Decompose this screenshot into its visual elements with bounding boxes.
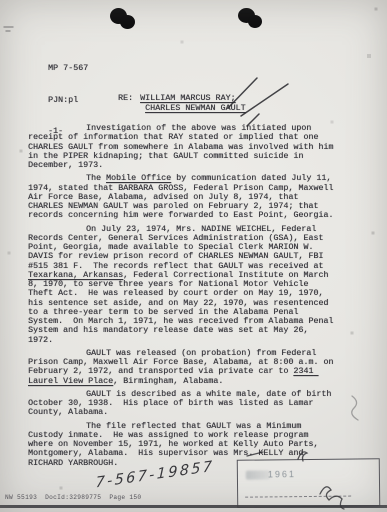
- paragraph: Investigation of the above was initiated…: [28, 124, 334, 170]
- scan-noise: [0, 0, 2, 2]
- paragraph: GAULT is described as a white male, date…: [28, 390, 334, 418]
- re-label: RE:: [118, 93, 133, 103]
- archive-reference: NW 55193 DocId:32989775 Page 150: [5, 494, 141, 501]
- subject-block: RE:WILLIAM MARCUS RAY;CHARLES NEWMAN GAU…: [118, 93, 246, 113]
- ink-blot-icon: [238, 8, 270, 32]
- pen-mark-icon: [4, 27, 13, 31]
- paragraph: GAULT was released (on probation) from F…: [28, 349, 334, 386]
- typist-initials: PJN:pl: [48, 95, 88, 106]
- stamp-illegible-smear: [246, 470, 270, 479]
- stamp-date-text: 1961: [268, 469, 296, 479]
- document-body: Investigation of the above was initiated…: [28, 124, 334, 472]
- scanned-document-page: MP 7-567 PJN:pl -1- RE:WILLIAM MARCUS RA…: [0, 0, 387, 512]
- stamp-signature-line: [245, 496, 351, 498]
- subject-line-2: CHARLES NEWMAN GAULT: [145, 103, 246, 113]
- date-stamp: 1961: [237, 458, 380, 507]
- paragraph: The Mobile Office by communication dated…: [28, 174, 334, 220]
- check-slash-icon: [241, 84, 288, 116]
- file-number: MP 7-567: [48, 63, 88, 74]
- scan-edge-line: [0, 505, 387, 508]
- ink-blot-icon: [110, 6, 142, 32]
- subject-line-1: WILLIAM MARCUS RAY;: [140, 93, 236, 103]
- pen-mark-icon: [352, 396, 358, 420]
- paragraph: On July 23, 1974, Mrs. NADINE WEICHEL, F…: [28, 225, 334, 345]
